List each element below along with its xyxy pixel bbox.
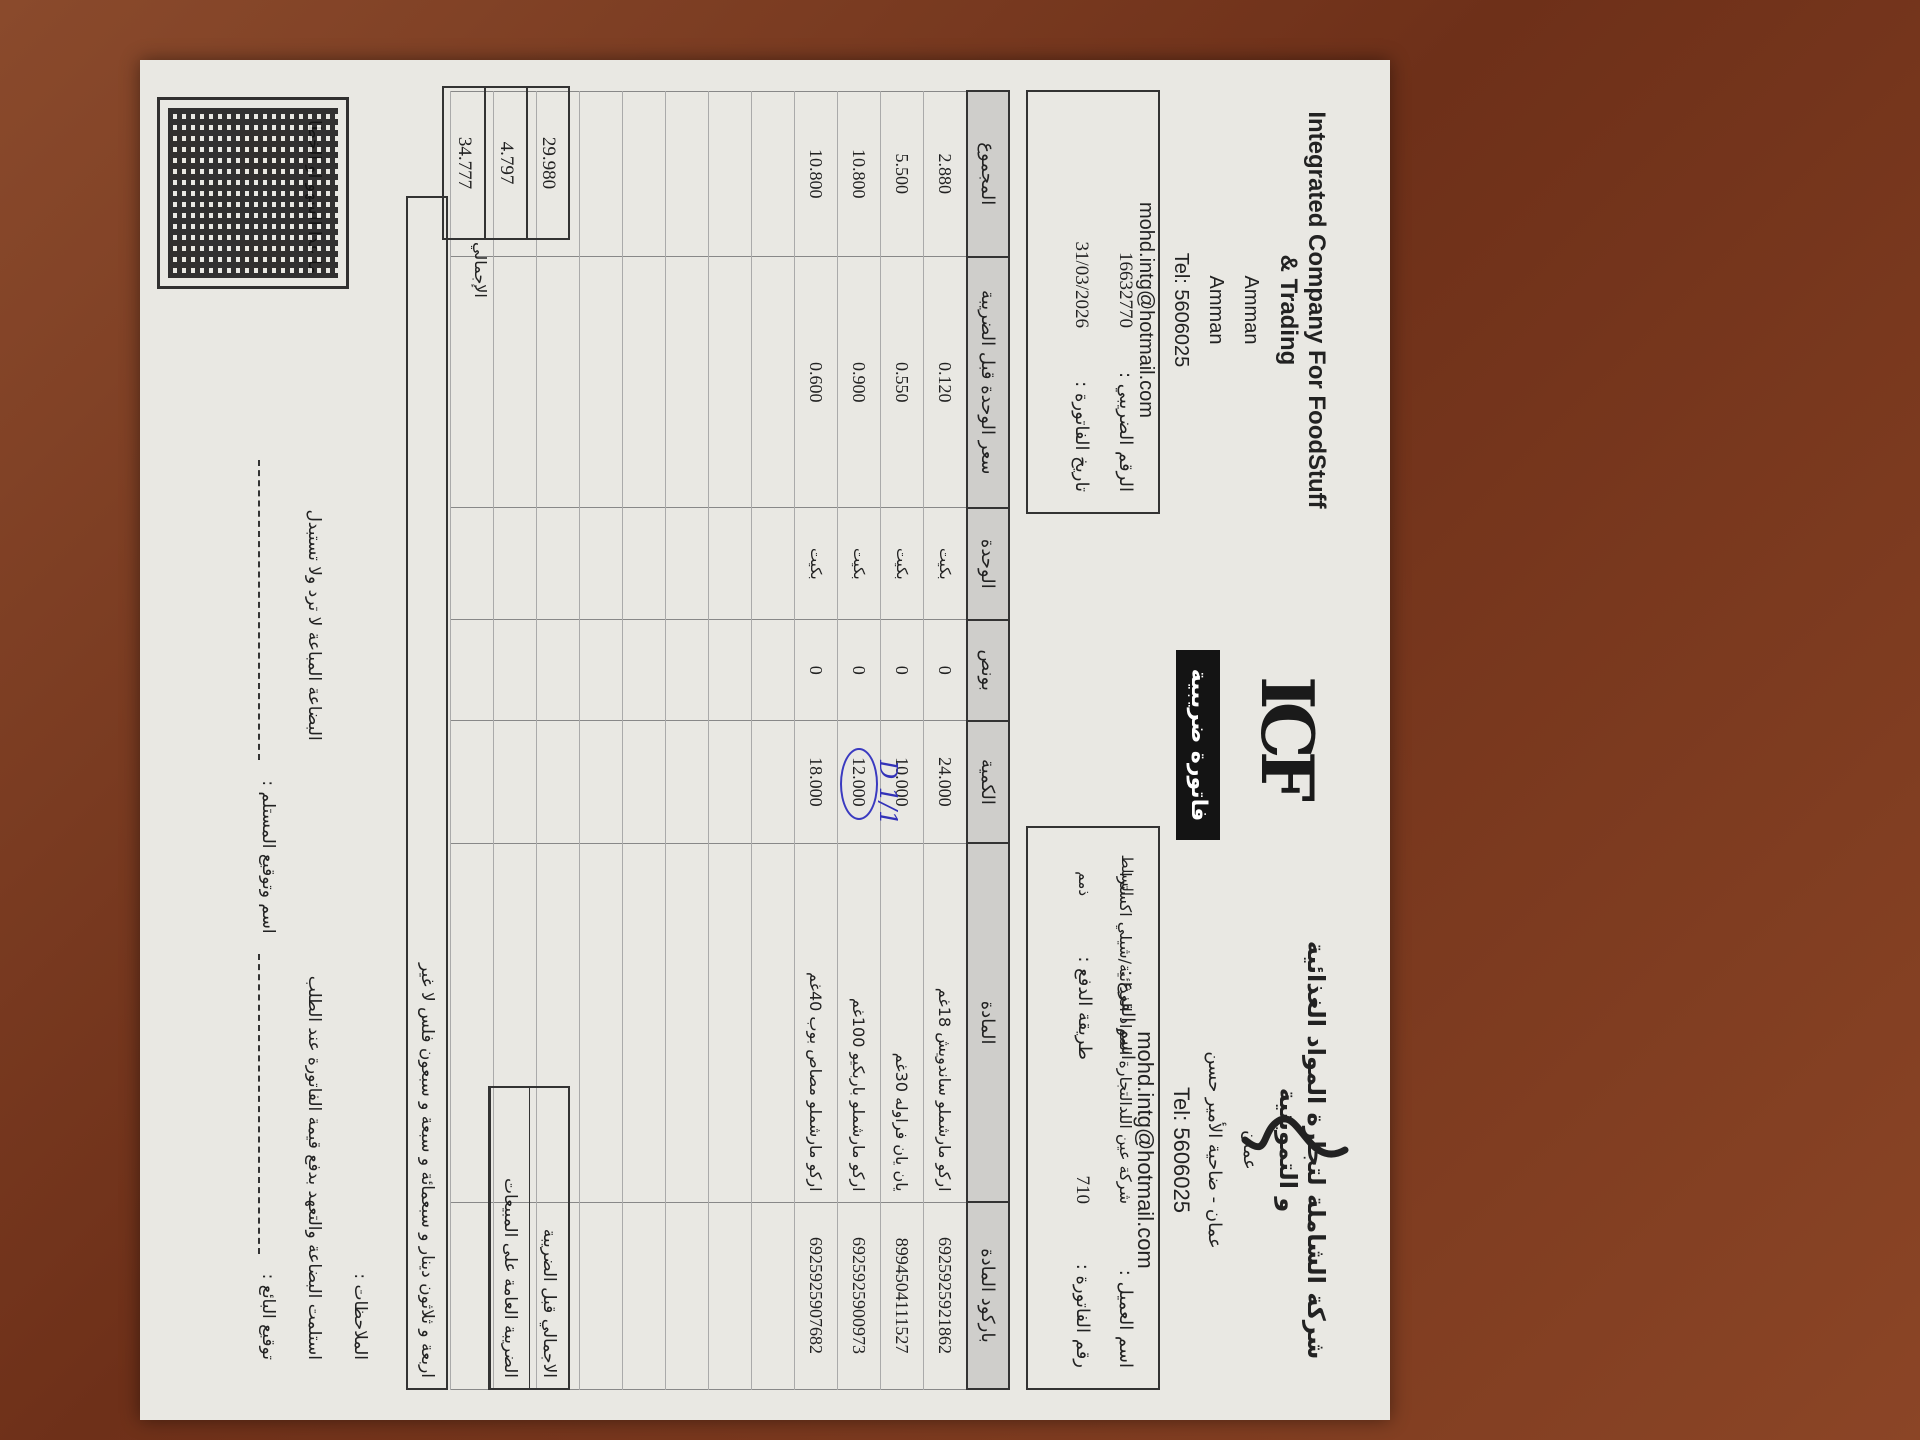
table-row: 6925925921862اركو مارشملو ساندويش 18غم24…: [924, 91, 968, 1389]
invoice-date: 31/03/2026: [1070, 241, 1092, 328]
city-english-2: Amman: [1204, 100, 1227, 520]
barcode-cell: 6925925907682: [795, 1202, 838, 1389]
seller-signature-label: توقيع البائع :: [258, 1274, 278, 1360]
empty-cell: [580, 508, 623, 620]
totals-labels: الاجمالي قبل الضريبة الضريبة العامة على …: [488, 1086, 570, 1390]
empty-cell: [709, 91, 752, 257]
unit-price-cell: 0.900: [838, 257, 881, 508]
company-name-arabic: شركة الشاملة لتجارة المواد الغذائية و ال…: [1274, 940, 1330, 1360]
bonus-cell: 0: [838, 620, 881, 721]
invoice-number: 710: [1071, 1176, 1093, 1205]
handwritten-circle-mark: [840, 748, 878, 820]
empty-table-row: [666, 91, 709, 1389]
item-name-cell: يان يان فراوله 30غم: [881, 843, 924, 1202]
empty-cell: [623, 91, 666, 257]
empty-cell: [752, 721, 795, 843]
invoice-info-box: الرقم الضريبي : 16632770 تاريخ الفاتورة …: [1026, 90, 1160, 514]
empty-cell: [451, 620, 494, 721]
tax-value: 4.797: [484, 86, 526, 240]
col-unit: الوحدة: [967, 508, 1009, 620]
phone-english: Tel: 5606025: [1169, 100, 1192, 520]
empty-cell: [709, 620, 752, 721]
branch-info-box: اسم الفرع : السلط طريقة الدفع : ذمم: [1030, 660, 1160, 1080]
handwritten-note: D 1/1: [874, 760, 902, 826]
unit-price-cell: 0.600: [795, 257, 838, 508]
empty-cell: [666, 508, 709, 620]
seller-signature-line: [258, 954, 278, 1254]
no-return-text: البضاعة المباعة لا ترد ولا تستبدل: [304, 509, 324, 740]
empty-cell: [623, 620, 666, 721]
grand-total-value: 34.777: [442, 86, 484, 240]
phone-arabic-block: Tel: 5606025: [1168, 940, 1194, 1360]
col-qty: الكمية: [967, 721, 1009, 843]
tax-number: 16632770: [1114, 252, 1136, 328]
empty-cell: [580, 91, 623, 257]
empty-cell: [580, 257, 623, 508]
empty-cell: [666, 91, 709, 257]
empty-table-row: [623, 91, 666, 1389]
empty-cell: [537, 257, 580, 508]
unit-price-cell: 0.550: [881, 257, 924, 508]
quantity-cell: 18.000: [795, 721, 838, 843]
totals-values: 29.980 4.797 34.777: [442, 90, 570, 240]
notes-label: الملاحظات :: [350, 1273, 370, 1360]
payment-method-label: طريقة الدفع :: [1074, 920, 1095, 1060]
item-name-cell: اركو مارشملو ساندويش 18غم: [924, 843, 968, 1202]
empty-cell: [494, 508, 537, 620]
company-block-arabic: شركة الشاملة لتجارة المواد الغذائية و ال…: [1132, 940, 1330, 1360]
empty-table-row: [752, 91, 795, 1389]
empty-cell: [580, 620, 623, 721]
grand-total-label: الإجمالي: [471, 242, 490, 298]
branch-name: السلط: [1118, 855, 1136, 896]
bonus-cell: 0: [924, 620, 968, 721]
unit-cell: بكيت: [924, 508, 968, 620]
company-block-english: Integrated Company For FoodStuff & Tradi…: [1134, 100, 1330, 520]
payment-method: ذمم: [1075, 871, 1093, 896]
col-barcode: باركود المادة: [967, 1202, 1009, 1389]
empty-cell: [666, 1202, 709, 1389]
customer-label: اسم العميل :: [1115, 1228, 1136, 1368]
table-row: 8994504111527يان يان فراوله 30غم10.0000ب…: [881, 91, 924, 1389]
empty-cell: [623, 721, 666, 843]
item-name-cell: اركو مارشملو مصاص بوب 40غم: [795, 843, 838, 1202]
line-total-cell: 10.800: [795, 91, 838, 257]
invoice-date-label: تاريخ الفاتورة :: [1071, 352, 1092, 492]
unit-cell: بكيت: [838, 508, 881, 620]
qr-code: [160, 100, 346, 286]
unit-price-cell: 0.120: [924, 257, 968, 508]
empty-cell: [752, 1202, 795, 1389]
col-item: المادة: [967, 843, 1009, 1202]
empty-cell: [752, 843, 795, 1202]
barcode-cell: 6925925900973: [838, 1202, 881, 1389]
subtotal-value: 29.980: [526, 86, 570, 240]
empty-cell: [752, 508, 795, 620]
line-total-cell: 5.500: [881, 91, 924, 257]
empty-cell: [666, 620, 709, 721]
bonus-cell: 0: [795, 620, 838, 721]
city-arabic: عمان: [1239, 940, 1260, 1360]
invoice-paper: شركة الشاملة لتجارة المواد الغذائية و ال…: [140, 60, 1390, 1420]
photo-frame: شركة الشاملة لتجارة المواد الغذائية و ال…: [70, 70, 1360, 1440]
col-bonus: بونص: [967, 620, 1009, 721]
tax-label: الضريبة العامة على المبيعات: [490, 1088, 529, 1388]
table-row: 6925925907682اركو مارشملو مصاص بوب 40غم1…: [795, 91, 838, 1389]
empty-table-row: [709, 91, 752, 1389]
empty-cell: [623, 257, 666, 508]
empty-cell: [623, 508, 666, 620]
empty-cell: [580, 843, 623, 1202]
empty-cell: [752, 257, 795, 508]
empty-cell: [537, 721, 580, 843]
empty-cell: [494, 620, 537, 721]
item-name-cell: اركو مارشملو باربكيو 100غم: [838, 843, 881, 1202]
table-header-row: باركود المادة المادة الكمية بونص الوحدة …: [967, 91, 1009, 1389]
line-total-cell: 10.800: [838, 91, 881, 257]
tax-number-label: الرقم الضريبي :: [1115, 352, 1136, 492]
company-logo: ICF: [1240, 660, 1330, 810]
empty-cell: [709, 508, 752, 620]
line-total-cell: 2.880: [924, 91, 968, 257]
empty-table-row: [580, 91, 623, 1389]
empty-cell: [537, 620, 580, 721]
quantity-cell: 24.000: [924, 721, 968, 843]
empty-cell: [666, 721, 709, 843]
empty-cell: [623, 843, 666, 1202]
invoice-header: شركة الشاملة لتجارة المواد الغذائية و ال…: [1130, 60, 1350, 1420]
empty-cell: [451, 721, 494, 843]
empty-cell: [752, 620, 795, 721]
empty-cell: [494, 721, 537, 843]
empty-cell: [580, 721, 623, 843]
empty-cell: [537, 508, 580, 620]
empty-cell: [709, 257, 752, 508]
col-unit-price: سعر الوحدة قبل الضريبة: [967, 257, 1009, 508]
branch-label: اسم الفرع :: [1117, 920, 1138, 1060]
table-row: 6925925900973اركو مارشملو باربكيو 100غم1…: [838, 91, 881, 1389]
amount-in-words: اربعة و ثلاثون دينار و سبعمائة و سبعة و …: [406, 196, 448, 1390]
city-english-1: Amman: [1239, 100, 1262, 520]
empty-cell: [709, 843, 752, 1202]
invoice-number-label: رقم الفاتورة :: [1072, 1228, 1093, 1368]
unit-cell: بكيت: [795, 508, 838, 620]
empty-cell: [666, 843, 709, 1202]
unit-cell: بكيت: [881, 508, 924, 620]
company-name-english: Integrated Company For FoodStuff & Tradi…: [1274, 100, 1330, 520]
empty-cell: [580, 1202, 623, 1389]
address-arabic: عمان - ضاحية الأمير حسن: [1204, 940, 1225, 1360]
notes-section: الملاحظات : استلمت البضاعة والتعهد بدفع …: [232, 120, 370, 1360]
empty-cell: [709, 1202, 752, 1389]
subtotal-label: الاجمالي قبل الضريبة: [529, 1088, 568, 1388]
receiver-signature-label: اسم وتوقيع المستلم :: [258, 780, 278, 933]
empty-cell: [666, 257, 709, 508]
document-title: فاتورة ضريبية: [1176, 650, 1220, 840]
empty-cell: [752, 91, 795, 257]
barcode-cell: 8994504111527: [881, 1202, 924, 1389]
empty-cell: [451, 508, 494, 620]
col-total: المجموع: [967, 91, 1009, 257]
receiver-signature-line: [258, 460, 278, 760]
barcode-cell: 6925925921862: [924, 1202, 968, 1389]
empty-cell: [623, 1202, 666, 1389]
received-text: استلمت البضاعة والتعهد بدفع قيمة الفاتور…: [304, 976, 324, 1360]
empty-cell: [494, 257, 537, 508]
empty-cell: [709, 721, 752, 843]
bonus-cell: 0: [881, 620, 924, 721]
